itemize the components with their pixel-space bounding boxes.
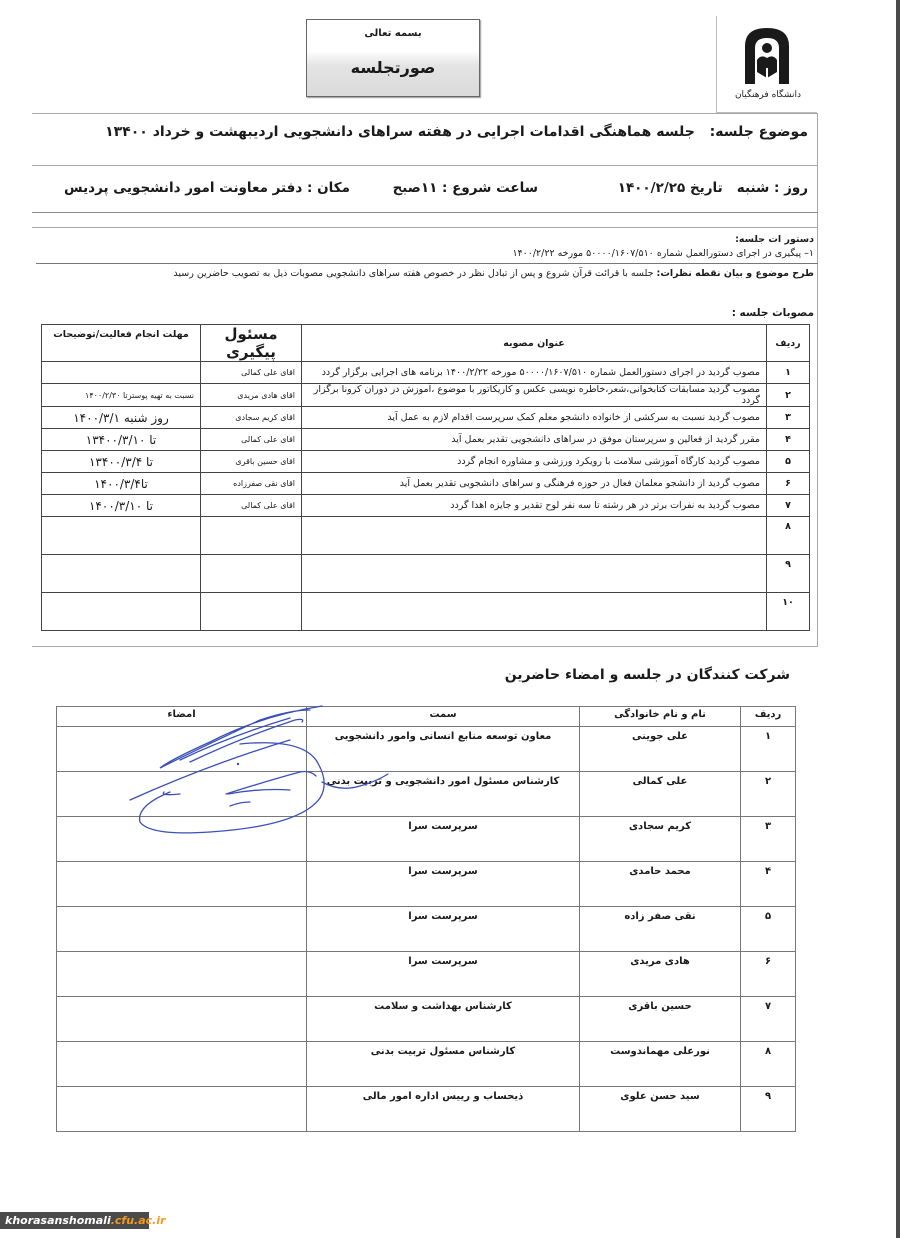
deadline: تا۱۴۰۰/۳/۴ [42, 473, 201, 495]
resolution-title: مصوب گردید به نفرات برتر در هر رشته تا س… [302, 495, 767, 517]
table-row: ۴ محمد حامدی سرپرست سرا [57, 862, 796, 907]
deadline: روز شنبه ۱۴۰۰/۳/۱ [42, 407, 201, 429]
responsible-person: اقای حسین باقری [201, 451, 302, 473]
responsible-person: اقای علی کمالی [201, 362, 302, 384]
deadline: تا ۱۴۰۰/۳/۱۰ [42, 495, 201, 517]
row-number: ۵ [741, 907, 796, 952]
row-number: ۵ [767, 451, 810, 473]
title-box: بسمه تعالی صورتجلسه [306, 19, 480, 97]
attendee-position: کارشناس بهداشت و سلامت [307, 997, 580, 1042]
attendees-title: شرکت کنندگان در جلسه و امضاء حاضرین [505, 667, 790, 683]
resolution-title: مصوب گردید در اجرای دستورالعمل شماره ۵۰۰… [302, 362, 767, 384]
resolution-title: مصوب گردید کارگاه آموزشی سلامت با رویکرد… [302, 451, 767, 473]
table-row: ۵ نقی صفر زاده سرپرست سرا [57, 907, 796, 952]
responsible-person [201, 517, 302, 555]
table-row: ۸ نورعلی مهماندوست کارشناس مسئول تربیت ب… [57, 1042, 796, 1087]
meeting-date: تاریخ ۱۴۰۰/۲/۲۵ [618, 180, 723, 196]
attendee-name: کریم سجادی [580, 817, 741, 862]
table-header-row: ردیف عنوان مصوبه مسئول پیگیری مهلت انجام… [42, 325, 810, 362]
table-row: ۲ مصوب گردید مسابقات کتابخوانی،شعر،خاطره… [42, 384, 810, 407]
row-number: ۸ [767, 517, 810, 555]
meeting-day-date: روز : شنبه تاریخ ۱۴۰۰/۲/۲۵ [618, 180, 808, 196]
col-name: نام و نام خانوادگی [580, 707, 741, 727]
divider [817, 227, 818, 647]
table-row: ۵ مصوب گردید کارگاه آموزشی سلامت با رویک… [42, 451, 810, 473]
attendee-position: ذیحساب و رییس اداره امور مالی [307, 1087, 580, 1132]
handwritten-signature-icon [90, 702, 390, 842]
row-number: ۱ [741, 727, 796, 772]
col-title: عنوان مصوبه [302, 325, 767, 362]
agenda-label: دستور ات جلسه: [735, 234, 814, 245]
attendee-name: حسین باقری [580, 997, 741, 1042]
deadline: نسبت به تهیه پوسترتا ۱۴۰۰/۲/۳۰ [42, 384, 201, 407]
attendee-name: علی جوینی [580, 727, 741, 772]
signature-cell [57, 952, 307, 997]
divider [817, 113, 818, 227]
deadline [42, 593, 201, 631]
attendee-position: سرپرست سرا [307, 952, 580, 997]
resolutions-table: ردیف عنوان مصوبه مسئول پیگیری مهلت انجام… [41, 324, 810, 631]
row-number: ۶ [741, 952, 796, 997]
divider [32, 212, 818, 213]
row-number: ۲ [741, 772, 796, 817]
row-number: ۴ [741, 862, 796, 907]
attendee-name: نورعلی مهماندوست [580, 1042, 741, 1087]
table-row: ۱۰ [42, 593, 810, 631]
resolution-title [302, 517, 767, 555]
divider [36, 263, 818, 264]
attendee-name: سید حسن علوی [580, 1087, 741, 1132]
col-deadline: مهلت انجام فعالیت/توضیحات [42, 325, 201, 362]
col-responsible: مسئول پیگیری [201, 325, 302, 362]
col-row: ردیف [741, 707, 796, 727]
discussion-text: جلسه با قرائت قرآن شروع و پس از تبادل نظ… [173, 268, 653, 279]
signature-cell [57, 1042, 307, 1087]
watermark-domain: khorasanshomali [5, 1214, 111, 1227]
row-number: ۳ [767, 407, 810, 429]
divider [32, 113, 818, 114]
table-row: ۷ حسین باقری کارشناس بهداشت و سلامت [57, 997, 796, 1042]
watermark-tld: .cfu.ac.ir [111, 1214, 166, 1227]
deadline [42, 517, 201, 555]
attendee-name: هادی مریدی [580, 952, 741, 997]
row-number: ۹ [767, 555, 810, 593]
row-number: ۱۰ [767, 593, 810, 631]
logo-box: دانشگاه فرهنگیان [716, 16, 817, 113]
document-title: صورتجلسه [307, 58, 479, 77]
resolution-title: مقرر گردید از فعالین و سرپرستان موفق در … [302, 429, 767, 451]
resolutions-label: مصوبات جلسه : [732, 307, 814, 319]
site-watermark: khorasanshomali.cfu.ac.ir [0, 1212, 149, 1229]
scan-edge-bar [896, 0, 900, 1238]
signature-cell [57, 862, 307, 907]
discussion-label: طرح موضوع و بیان نقطه نظرات: [657, 268, 814, 279]
table-row: ۷ مصوب گردید به نفرات برتر در هر رشته تا… [42, 495, 810, 517]
row-number: ۷ [767, 495, 810, 517]
meeting-location: مکان : دفتر معاونت امور دانشجویی پردیس [64, 180, 350, 196]
deadline: تا ۱۳۴۰۰/۳/۱۰ [42, 429, 201, 451]
responsible-person [201, 555, 302, 593]
agenda-item: ۱– پیگیری در اجرای دستورالعمل شماره ۵۰۰۰… [512, 248, 814, 259]
table-row: ۶ هادی مریدی سرپرست سرا [57, 952, 796, 997]
meeting-subject: موضوع جلسه: جلسه هماهنگی اقدامات اجرایی … [105, 124, 808, 140]
attendee-name: محمد حامدی [580, 862, 741, 907]
attendee-position: کارشناس مسئول تربیت بدنی [307, 1042, 580, 1087]
row-number: ۷ [741, 997, 796, 1042]
responsible-person: اقای علی کمالی [201, 429, 302, 451]
logo-caption: دانشگاه فرهنگیان [723, 90, 813, 100]
divider [32, 227, 818, 228]
discussion: طرح موضوع و بیان نقطه نظرات: جلسه با قرا… [173, 268, 814, 279]
table-row: ۹ سید حسن علوی ذیحساب و رییس اداره امور … [57, 1087, 796, 1132]
resolution-title [302, 555, 767, 593]
attendee-position: سرپرست سرا [307, 907, 580, 952]
row-number: ۸ [741, 1042, 796, 1087]
university-emblem-icon [739, 24, 795, 86]
row-number: ۳ [741, 817, 796, 862]
attendee-name: علی کمالی [580, 772, 741, 817]
row-number: ۴ [767, 429, 810, 451]
invocation-text: بسمه تعالی [307, 28, 479, 39]
resolution-title: مصوب گردید از دانشجو معلمان فعال در حوزه… [302, 473, 767, 495]
signature-cell [57, 997, 307, 1042]
row-number: ۶ [767, 473, 810, 495]
table-row: ۹ [42, 555, 810, 593]
resolution-title [302, 593, 767, 631]
deadline: تا ۱۳۴۰۰/۳/۴ [42, 451, 201, 473]
deadline [42, 362, 201, 384]
responsible-person: اقای نقی صفرزاده [201, 473, 302, 495]
signature-cell [57, 907, 307, 952]
subject-value: جلسه هماهنگی اقدامات اجرایی در هفته سراه… [105, 124, 695, 140]
divider [32, 165, 818, 166]
subject-label: موضوع جلسه: [710, 124, 808, 140]
resolution-title: مصوب گردید مسابقات کتابخوانی،شعر،خاطره ن… [302, 384, 767, 407]
divider [32, 646, 818, 647]
meeting-start-time: ساعت شروع : ۱۱صبح [393, 180, 538, 196]
table-row: ۶ مصوب گردید از دانشجو معلمان فعال در حو… [42, 473, 810, 495]
responsible-person [201, 593, 302, 631]
responsible-person: اقای علی کمالی [201, 495, 302, 517]
col-row: ردیف [767, 325, 810, 362]
row-number: ۹ [741, 1087, 796, 1132]
responsible-person: اقای کریم سجادی [201, 407, 302, 429]
deadline [42, 555, 201, 593]
attendee-name: نقی صفر زاده [580, 907, 741, 952]
resolution-title: مصوب گردید نسبت به سرکشی از خانواده دانش… [302, 407, 767, 429]
row-number: ۲ [767, 384, 810, 407]
table-row: ۴ مقرر گردید از فعالین و سرپرستان موفق د… [42, 429, 810, 451]
table-row: ۳ مصوب گردید نسبت به سرکشی از خانواده دا… [42, 407, 810, 429]
signature-cell [57, 1087, 307, 1132]
meeting-day: روز : شنبه [737, 180, 808, 196]
responsible-person: اقای هادی مریدی [201, 384, 302, 407]
table-row: ۱ مصوب گردید در اجرای دستورالعمل شماره ۵… [42, 362, 810, 384]
row-number: ۱ [767, 362, 810, 384]
attendee-position: سرپرست سرا [307, 862, 580, 907]
table-row: ۸ [42, 517, 810, 555]
